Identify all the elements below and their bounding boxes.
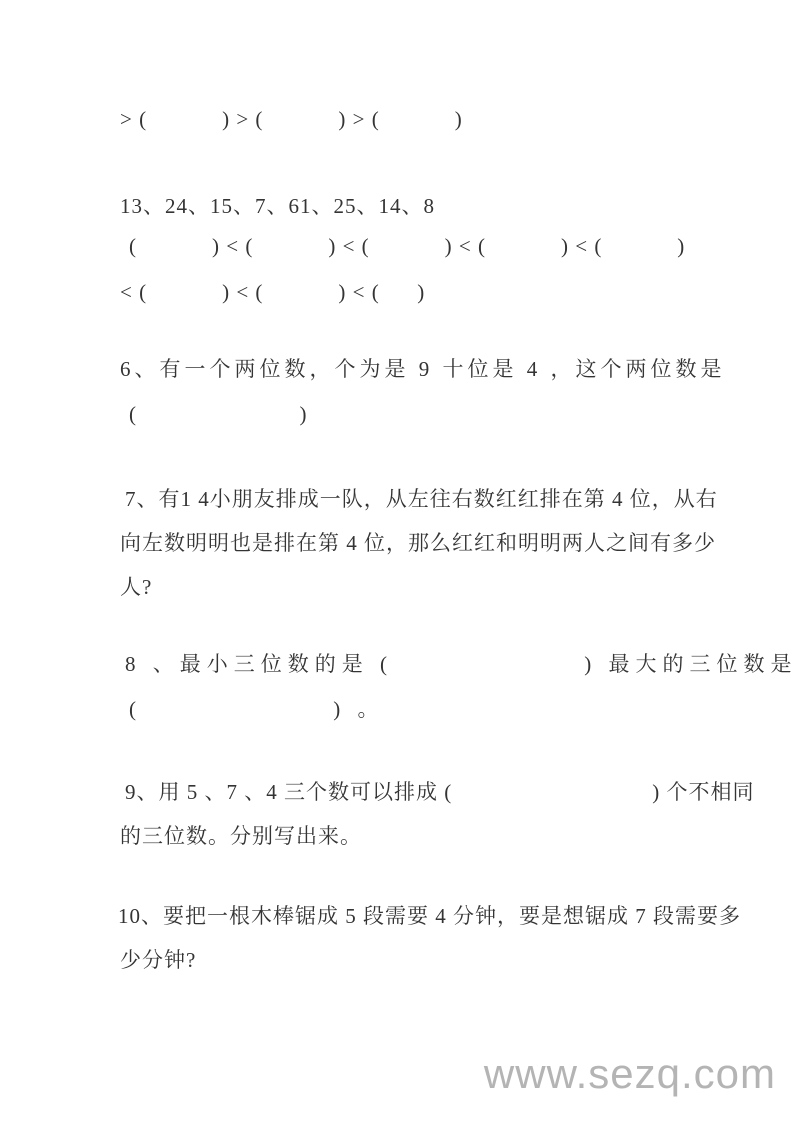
question-10-line-1: 10、要把一根木棒锯成 5 段需要 4 分钟，要是想锯成 7 段需要多 xyxy=(118,901,741,931)
site-watermark: www.sezq.com xyxy=(484,1052,776,1096)
comparison-lt-blanks-line-2: < ( ) < ( ) < ( ) xyxy=(120,277,425,307)
question-7-line-1: 7、有1 4小朋友排成一队，从左往右数红红排在第 4 位，从右 xyxy=(125,484,718,514)
question-8-line-1: 8 、最小三位数的是 ( ) 最大的三位数是 xyxy=(125,649,798,679)
question-7-line-3: 人? xyxy=(120,572,152,602)
comparison-lt-blanks-line-1: ( ) < ( ) < ( ) < ( ) < ( ) xyxy=(129,231,685,261)
comparison-gt-blanks-line: > ( ) > ( ) > ( ) xyxy=(120,104,463,134)
question-9-line-1: 9、用 5 、7 、4 三个数可以排成 ( ) 个不相同 xyxy=(125,777,755,807)
question-9-line-2: 的三位数。分别写出来。 xyxy=(120,821,362,851)
question-10-line-2: 少分钟? xyxy=(120,945,196,975)
question-6-line-1: 6、有一个两位数，个为是 9 十位是 4 ，这个两位数是 xyxy=(120,354,726,384)
question-8-line-2: ( ) 。 xyxy=(129,694,385,724)
worksheet-page: > ( ) > ( ) > ( ) 13、24、15、7、61、25、14、8 … xyxy=(0,0,800,1131)
question-7-line-2: 向左数明明也是排在第 4 位，那么红红和明明两人之间有多少 xyxy=(120,528,716,558)
comparison-numbers-line: 13、24、15、7、61、25、14、8 xyxy=(120,191,435,221)
question-6-answer-blank: ( ) xyxy=(129,399,308,429)
